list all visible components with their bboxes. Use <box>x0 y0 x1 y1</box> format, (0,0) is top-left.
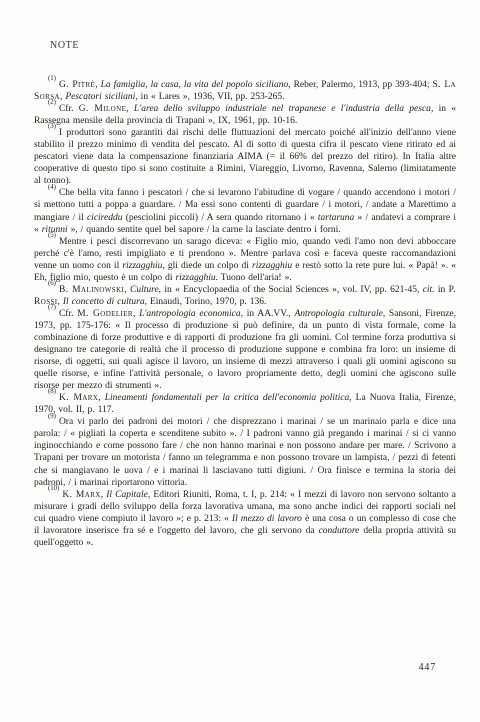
italic-text: Il mezzo di lavoro <box>232 514 302 524</box>
footnote-6: (6)B. Malinowski, Culture, in « Encyclop… <box>34 284 456 308</box>
footnote-text: K. Marx, Lineamenti fondamentali per la … <box>34 393 456 415</box>
text-run: , in « Encyclopaedia of the Social Scien… <box>159 285 423 295</box>
footnote-7: (7)Cfr. M. Godelier, L'antropologia econ… <box>34 308 456 392</box>
footnote-10: (10)K. Marx, Il Capitale, Editori Riunit… <box>34 489 456 549</box>
smallcaps-author: G. Milone <box>79 104 127 114</box>
footnote-marker: (4) <box>48 184 56 191</box>
smallcaps-author: G. Pitrè <box>59 80 95 90</box>
italic-text: rizzagghiu <box>252 261 292 271</box>
page-heading: NOTE <box>50 40 79 51</box>
smallcaps-author: K. Marx <box>62 490 100 500</box>
footnote-5: (5)Mentre i pesci discorrevano un sarago… <box>34 236 456 284</box>
italic-text: Culture <box>130 285 159 295</box>
italic-text: cit. <box>423 285 435 295</box>
smallcaps-author: K. Marx <box>59 393 98 403</box>
footnote-text: G. Pitrè, La famiglia, la casa, la vita … <box>34 80 456 102</box>
text-run: , Reber, Palermo, 1913, pp 393-404; <box>288 80 432 90</box>
italic-text: conduttore <box>319 526 360 536</box>
footnote-marker: (7) <box>48 304 56 311</box>
text-run: Cfr. <box>59 104 79 114</box>
italic-text: rizzagghiu <box>122 261 162 271</box>
page-number: 447 <box>419 662 436 673</box>
italic-text: Il Capitale <box>106 490 148 500</box>
text-run: , <box>126 104 134 114</box>
footnote-2: (2)Cfr. G. Milone, L'area dello sviluppo… <box>34 103 456 127</box>
footnote-marker: (9) <box>48 413 56 420</box>
italic-text: rizzagghiu <box>175 273 215 283</box>
italic-text: cicireddu <box>87 213 123 223</box>
footnote-marker: (5) <box>48 232 56 239</box>
italic-text: La famiglia, la casa, la vita del popolo… <box>101 80 289 90</box>
footnote-marker: (2) <box>48 99 56 106</box>
text-run: (pesciolini piccoli) / A sera quando rit… <box>123 213 318 223</box>
footnote-4: (4)Che bella vita fanno i pescatori / ch… <box>34 187 456 235</box>
smallcaps-author: M. Godelier <box>77 309 133 319</box>
footnote-text: Cfr. M. Godelier, L'antropologia economi… <box>34 309 456 391</box>
footnote-3: (3)I produttori sono garantiti dai risch… <box>34 127 456 187</box>
text-run: , in « Lares », 1936, VII, pp. 253-265. <box>135 92 284 102</box>
italic-text: L'area dello sviluppo industriale nel tr… <box>134 104 431 114</box>
footnote-text: I produttori sono garantiti dai rischi d… <box>34 128 456 186</box>
text-run: . Tuono dell'aria! ». <box>216 273 292 283</box>
footnote-1: (1)G. Pitrè, La famiglia, la casa, la vi… <box>34 79 456 103</box>
footnote-text: Mentre i pesci discorrevano un sarago di… <box>34 237 456 283</box>
smallcaps-author: B. Malinowski <box>59 285 124 295</box>
footnote-8: (8)K. Marx, Lineamenti fondamentali per … <box>34 392 456 416</box>
text-run: Ora vi parlo dei padroni dei motori / ch… <box>34 417 456 487</box>
footnote-text: Ora vi parlo dei padroni dei motori / ch… <box>34 417 456 487</box>
text-run: , gli diede un colpo di <box>162 261 252 271</box>
footnote-text: B. Malinowski, Culture, in « Encyclopaed… <box>34 285 456 307</box>
footnote-marker: (3) <box>48 123 56 130</box>
footnote-text: K. Marx, Il Capitale, Editori Riuniti, R… <box>34 490 456 548</box>
book-page: NOTE (1)G. Pitrè, La famiglia, la casa, … <box>0 0 480 722</box>
text-run: I produttori sono garantiti dai rischi d… <box>34 128 456 186</box>
text-run: , Sansoni, Firenze, 1973, pp. 175-176: «… <box>34 309 456 391</box>
text-run: , in AA.VV., <box>241 309 295 319</box>
footnote-text: Cfr. G. Milone, L'area dello sviluppo in… <box>34 104 456 126</box>
italic-text: Lineamenti fondamentali per la critica d… <box>105 393 349 403</box>
text-run: in <box>435 285 449 295</box>
italic-text: Pescatori siciliani <box>65 92 135 102</box>
footnote-marker: (6) <box>48 280 56 287</box>
italic-text: Il concetto di cultura <box>63 297 145 307</box>
footnote-marker: (1) <box>48 75 56 82</box>
italic-text: tartaruna <box>318 213 354 223</box>
text-run: Cfr. <box>59 309 77 319</box>
footnote-9: (9)Ora vi parlo dei padroni dei motori /… <box>34 416 456 488</box>
italic-text: L'antropologia economica <box>139 309 240 319</box>
text-run: », / quando sentite quel bel sapore / la… <box>68 225 341 235</box>
text-run: , Einaudi, Torino, 1970, p. 136. <box>145 297 267 307</box>
footnote-marker: (10) <box>48 485 59 492</box>
italic-text: Antropologia culturale <box>294 309 382 319</box>
footnote-text: Che bella vita fanno i pescatori / che s… <box>34 188 456 234</box>
footnotes-section: (1)G. Pitrè, La famiglia, la casa, la vi… <box>34 79 456 549</box>
footnote-marker: (8) <box>48 388 56 395</box>
